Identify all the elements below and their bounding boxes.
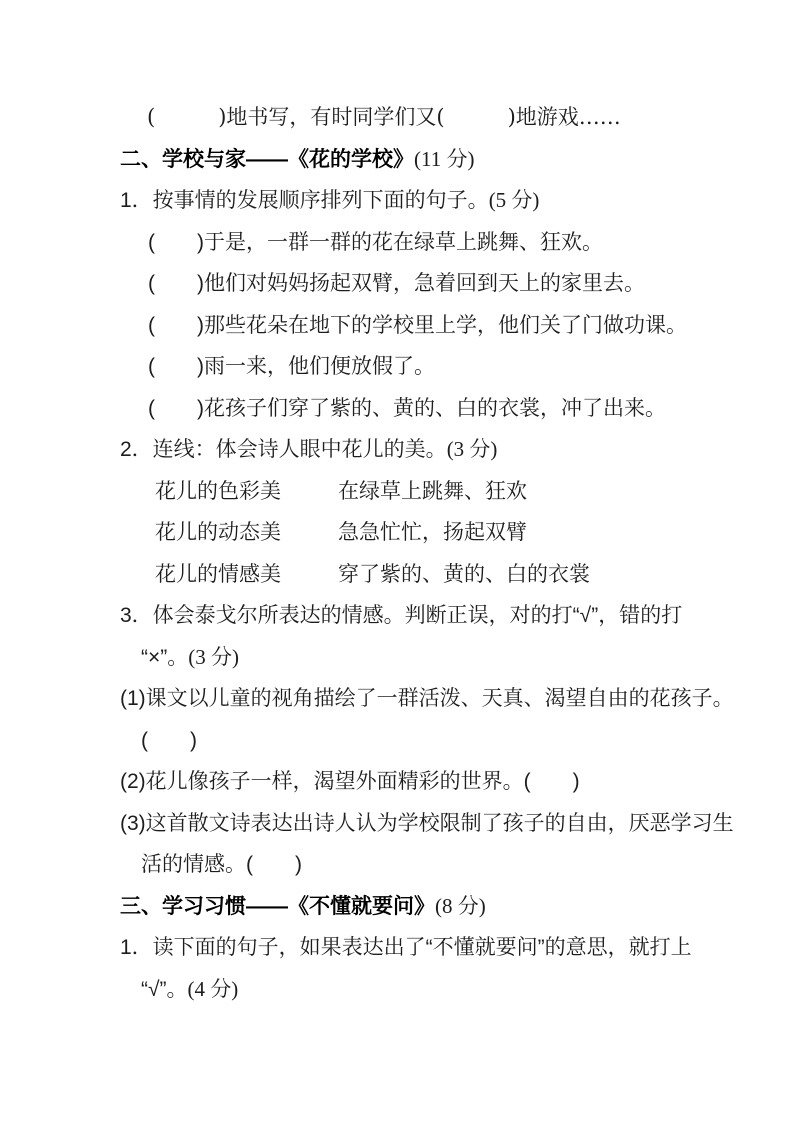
- section-heading-2-text: 二、学校与家——《花的学校》: [120, 148, 414, 171]
- q2-stem: 2．连线：体会诗人眼中花儿的美。(3 分): [120, 429, 737, 471]
- match-right: 穿了紫的、黄的、白的衣裳: [338, 554, 737, 596]
- match-left: 花儿的动态美: [155, 512, 338, 554]
- q3-item-1: (1)课文以儿童的视角描绘了一群活泼、天真、渴望自由的花孩子。: [120, 678, 737, 720]
- s3-q1-stem-line2-text: “√”。: [141, 978, 188, 1001]
- worksheet-page: ( )地书写，有时同学们又( )地游戏…… 二、学校与家——《花的学校》(11 …: [0, 0, 793, 1122]
- q3-score: (3 分): [188, 645, 239, 669]
- section-2-score: (11 分): [414, 147, 474, 171]
- match-row: 花儿的色彩美 在绿草上跳舞、狂欢: [155, 471, 737, 513]
- s3-q1-score: (4 分): [188, 977, 239, 1001]
- q1-item: ( )他们对妈妈扬起双臂，急着回到天上的家里去。: [148, 263, 737, 305]
- q3-stem-line1: 3．体会泰戈尔所表达的情感。判断正误，对的打“√”，错的打: [120, 595, 737, 637]
- match-left: 花儿的情感美: [155, 554, 338, 596]
- intro-line: ( )地书写，有时同学们又( )地游戏……: [147, 97, 737, 139]
- q1-stem-text: 1．按事情的发展顺序排列下面的句子。: [120, 189, 489, 212]
- q3-stem-line2-text: “×”。: [141, 646, 188, 669]
- q3-item-2: (2)花儿像孩子一样，渴望外面精彩的世界。( ): [120, 761, 737, 803]
- section-heading-3: 三、学习习惯——《不懂就要问》(8 分): [120, 886, 737, 928]
- q3-item-1-bracket: ( ): [141, 720, 737, 762]
- q1-item: ( )于是，一群一群的花在绿草上跳舞、狂欢。: [148, 222, 737, 264]
- q1-item: ( )雨一来，他们便放假了。: [148, 346, 737, 388]
- match-right: 在绿草上跳舞、狂欢: [338, 471, 737, 513]
- match-row: 花儿的情感美 穿了紫的、黄的、白的衣裳: [155, 554, 737, 596]
- q2-score: (3 分): [447, 437, 498, 461]
- section-3-score: (8 分): [435, 894, 486, 918]
- match-row: 花儿的动态美 急急忙忙，扬起双臂: [155, 512, 737, 554]
- q3-item-3-line1: (3)这首散文诗表达出诗人认为学校限制了孩子的自由，厌恶学习生: [120, 803, 737, 845]
- q1-item: ( )那些花朵在地下的学校里上学，他们关了门做功课。: [148, 305, 737, 347]
- match-right: 急急忙忙，扬起双臂: [338, 512, 737, 554]
- q2-stem-text: 2．连线：体会诗人眼中花儿的美。: [120, 438, 447, 461]
- q1-item: ( )花孩子们穿了紫的、黄的、白的衣裳，冲了出来。: [148, 388, 737, 430]
- match-left: 花儿的色彩美: [155, 471, 338, 513]
- q3-stem-line2: “×”。(3 分): [141, 637, 737, 679]
- s3-q1-stem-line2: “√”。(4 分): [141, 969, 737, 1011]
- q3-item-3-line2: 活的情感。( ): [141, 844, 737, 886]
- section-heading-2: 二、学校与家——《花的学校》(11 分): [120, 139, 737, 181]
- section-heading-3-text: 三、学习习惯——《不懂就要问》: [120, 895, 435, 918]
- s3-q1-stem-line1: 1．读下面的句子，如果表达出了“不懂就要问”的意思，就打上: [120, 927, 737, 969]
- q1-stem: 1．按事情的发展顺序排列下面的句子。(5 分): [120, 180, 737, 222]
- q1-score: (5 分): [489, 188, 540, 212]
